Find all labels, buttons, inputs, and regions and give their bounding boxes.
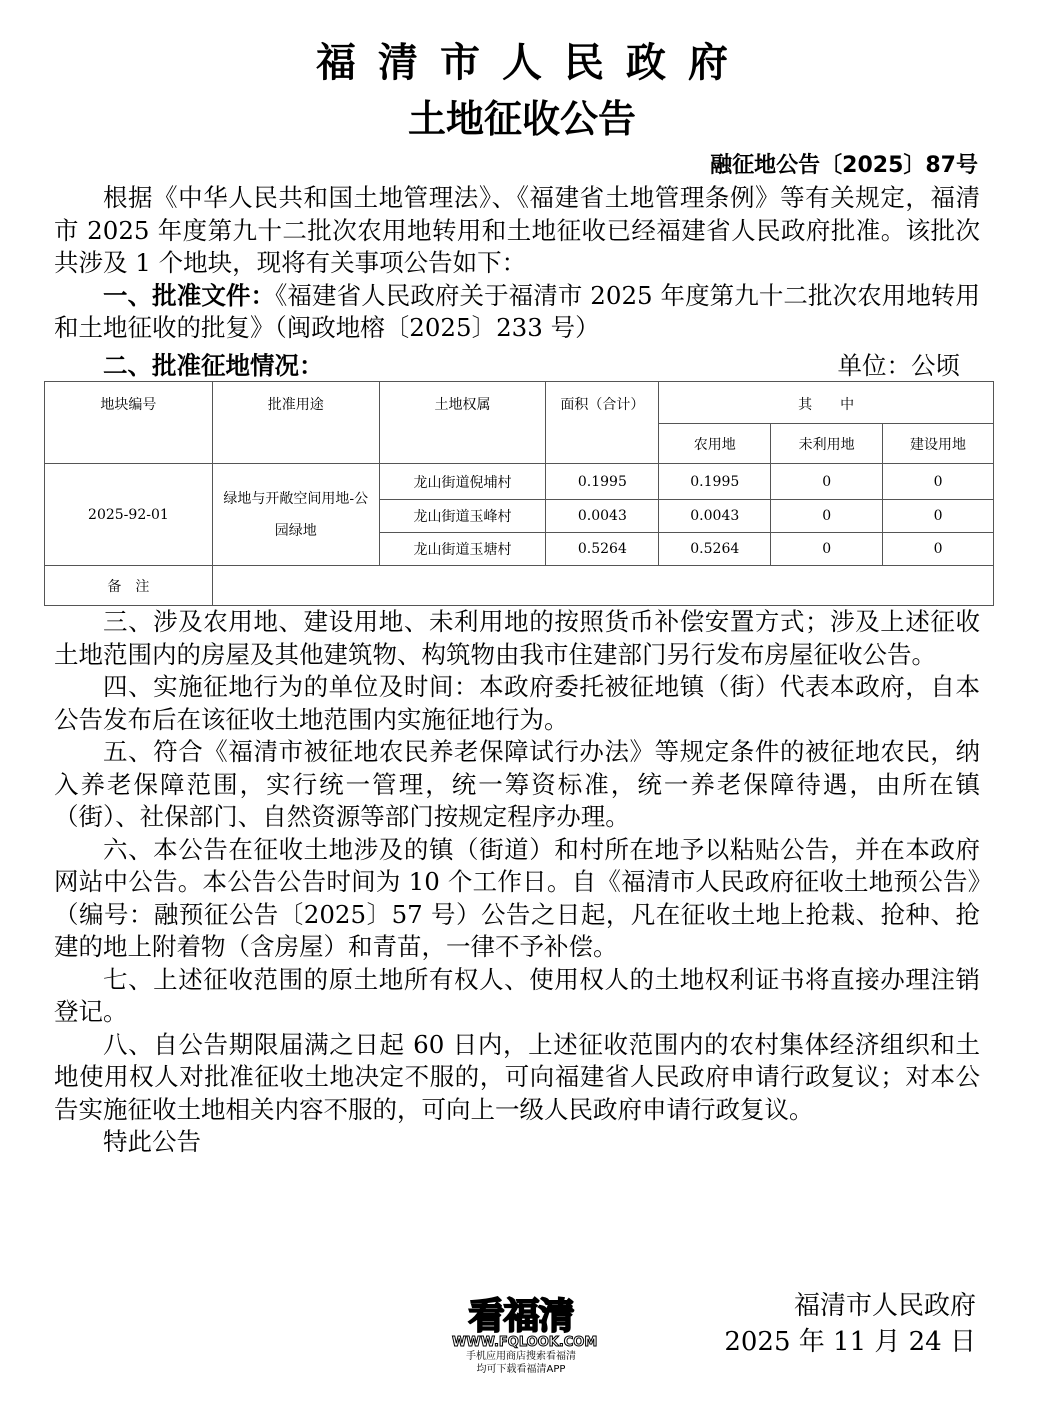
watermark-url: WWW.FQLOOK.COM bbox=[452, 1336, 590, 1350]
paragraph-seven: 七、上述征收范围的原土地所有权人、使用权人的土地权利证书将直接办理注销登记。 bbox=[54, 964, 980, 1029]
paragraph-five: 五、符合《福清市被征地农民养老保障试行办法》等规定条件的被征地农民，纳入养老保障… bbox=[54, 736, 980, 834]
remark-label: 备 注 bbox=[45, 566, 213, 606]
header-unused: 未利用地 bbox=[771, 424, 883, 464]
table-header-row: 地块编号 批准用途 土地权属 面积（合计） 其 中 bbox=[45, 382, 994, 424]
remark-value bbox=[212, 566, 993, 606]
paragraph-three: 三、涉及农用地、建设用地、未利用地的按照货币补偿安置方式；涉及上述征收土地范围内… bbox=[54, 606, 980, 671]
signature-issuer: 福清市人民政府 bbox=[724, 1288, 976, 1324]
remark-row: 备 注 bbox=[45, 566, 994, 606]
notice-title: 土地征收公告 bbox=[0, 94, 1044, 144]
usage-cell: 绿地与开敞空间用地-公园绿地 bbox=[212, 464, 379, 566]
watermark-line2: 均可下载看福清APP bbox=[452, 1363, 590, 1376]
section-two-heading: 二、批准征地情况： 单位：公顷 bbox=[54, 350, 960, 382]
body-paragraphs: 三、涉及农用地、建设用地、未利用地的按照货币补偿安置方式；涉及上述征收土地范围内… bbox=[54, 606, 980, 1159]
paragraph-four: 四、实施征地行为的单位及时间：本政府委托被征地镇（街）代表本政府，自本公告发布后… bbox=[54, 671, 980, 736]
intro-block: 根据《中华人民共和国土地管理法》、《福建省土地管理条例》等有关规定，福清市 20… bbox=[54, 182, 980, 345]
header-area-total: 面积（合计） bbox=[546, 382, 659, 464]
ownership-cell: 龙山街道玉峰村 bbox=[379, 500, 546, 533]
paragraph-six: 六、本公告在征收土地涉及的镇（街道）和村所在地予以粘贴公告，并在本政府网站中公告… bbox=[54, 834, 980, 964]
header-ownership: 土地权属 bbox=[379, 382, 546, 464]
header-construction: 建设用地 bbox=[883, 424, 994, 464]
construction-cell: 0 bbox=[883, 464, 994, 500]
unit-label: 单位：公顷 bbox=[838, 350, 961, 382]
closing-line: 特此公告 bbox=[54, 1126, 980, 1159]
unused-cell: 0 bbox=[771, 533, 883, 566]
header-usage: 批准用途 bbox=[212, 382, 379, 464]
watermark-logo: 看福清 WWW.FQLOOK.COM 手机应用商店搜索看福清 均可下载看福清AP… bbox=[452, 1298, 590, 1376]
ownership-cell: 龙山街道玉塘村 bbox=[379, 533, 546, 566]
total-cell: 0.1995 bbox=[546, 464, 659, 500]
ownership-cell: 龙山街道倪埔村 bbox=[379, 464, 546, 500]
section-one-paragraph: 一、批准文件：《福建省人民政府关于福清市 2025 年度第九十二批次农用地转用和… bbox=[54, 280, 980, 345]
document-number: 融征地公告〔2025〕87号 bbox=[710, 150, 978, 182]
signature-block: 福清市人民政府 2025 年 11 月 24 日 bbox=[724, 1288, 976, 1360]
section-one-label: 一、批准文件： bbox=[103, 281, 275, 310]
issuer-title: 福清市人民政府 bbox=[0, 38, 1044, 88]
unused-cell: 0 bbox=[771, 464, 883, 500]
total-cell: 0.5264 bbox=[546, 533, 659, 566]
header-of-which: 其 中 bbox=[659, 382, 994, 424]
watermark-brand: 看福清 bbox=[452, 1298, 590, 1336]
section-two-label: 二、批准征地情况： bbox=[54, 350, 324, 382]
total-cell: 0.0043 bbox=[546, 500, 659, 533]
agri-cell: 0.0043 bbox=[659, 500, 771, 533]
notice-page: 福清市人民政府 土地征收公告 融征地公告〔2025〕87号 根据《中华人民共和国… bbox=[0, 0, 1044, 1412]
table-row: 2025-92-01 绿地与开敞空间用地-公园绿地 龙山街道倪埔村 0.1995… bbox=[45, 464, 994, 500]
land-table: 地块编号 批准用途 土地权属 面积（合计） 其 中 农用地 未利用地 建设用地 … bbox=[44, 381, 994, 606]
unused-cell: 0 bbox=[771, 500, 883, 533]
header-agri: 农用地 bbox=[659, 424, 771, 464]
parcel-no-cell: 2025-92-01 bbox=[45, 464, 213, 566]
agri-cell: 0.5264 bbox=[659, 533, 771, 566]
agri-cell: 0.1995 bbox=[659, 464, 771, 500]
paragraph-eight: 八、自公告期限届满之日起 60 日内，上述征收范围内的农村集体经济组织和土地使用… bbox=[54, 1029, 980, 1127]
signature-date: 2025 年 11 月 24 日 bbox=[724, 1324, 976, 1360]
header-parcel-no: 地块编号 bbox=[45, 382, 213, 464]
watermark-line1: 手机应用商店搜索看福清 bbox=[452, 1350, 590, 1363]
construction-cell: 0 bbox=[883, 500, 994, 533]
construction-cell: 0 bbox=[883, 533, 994, 566]
intro-paragraph: 根据《中华人民共和国土地管理法》、《福建省土地管理条例》等有关规定，福清市 20… bbox=[54, 182, 980, 280]
